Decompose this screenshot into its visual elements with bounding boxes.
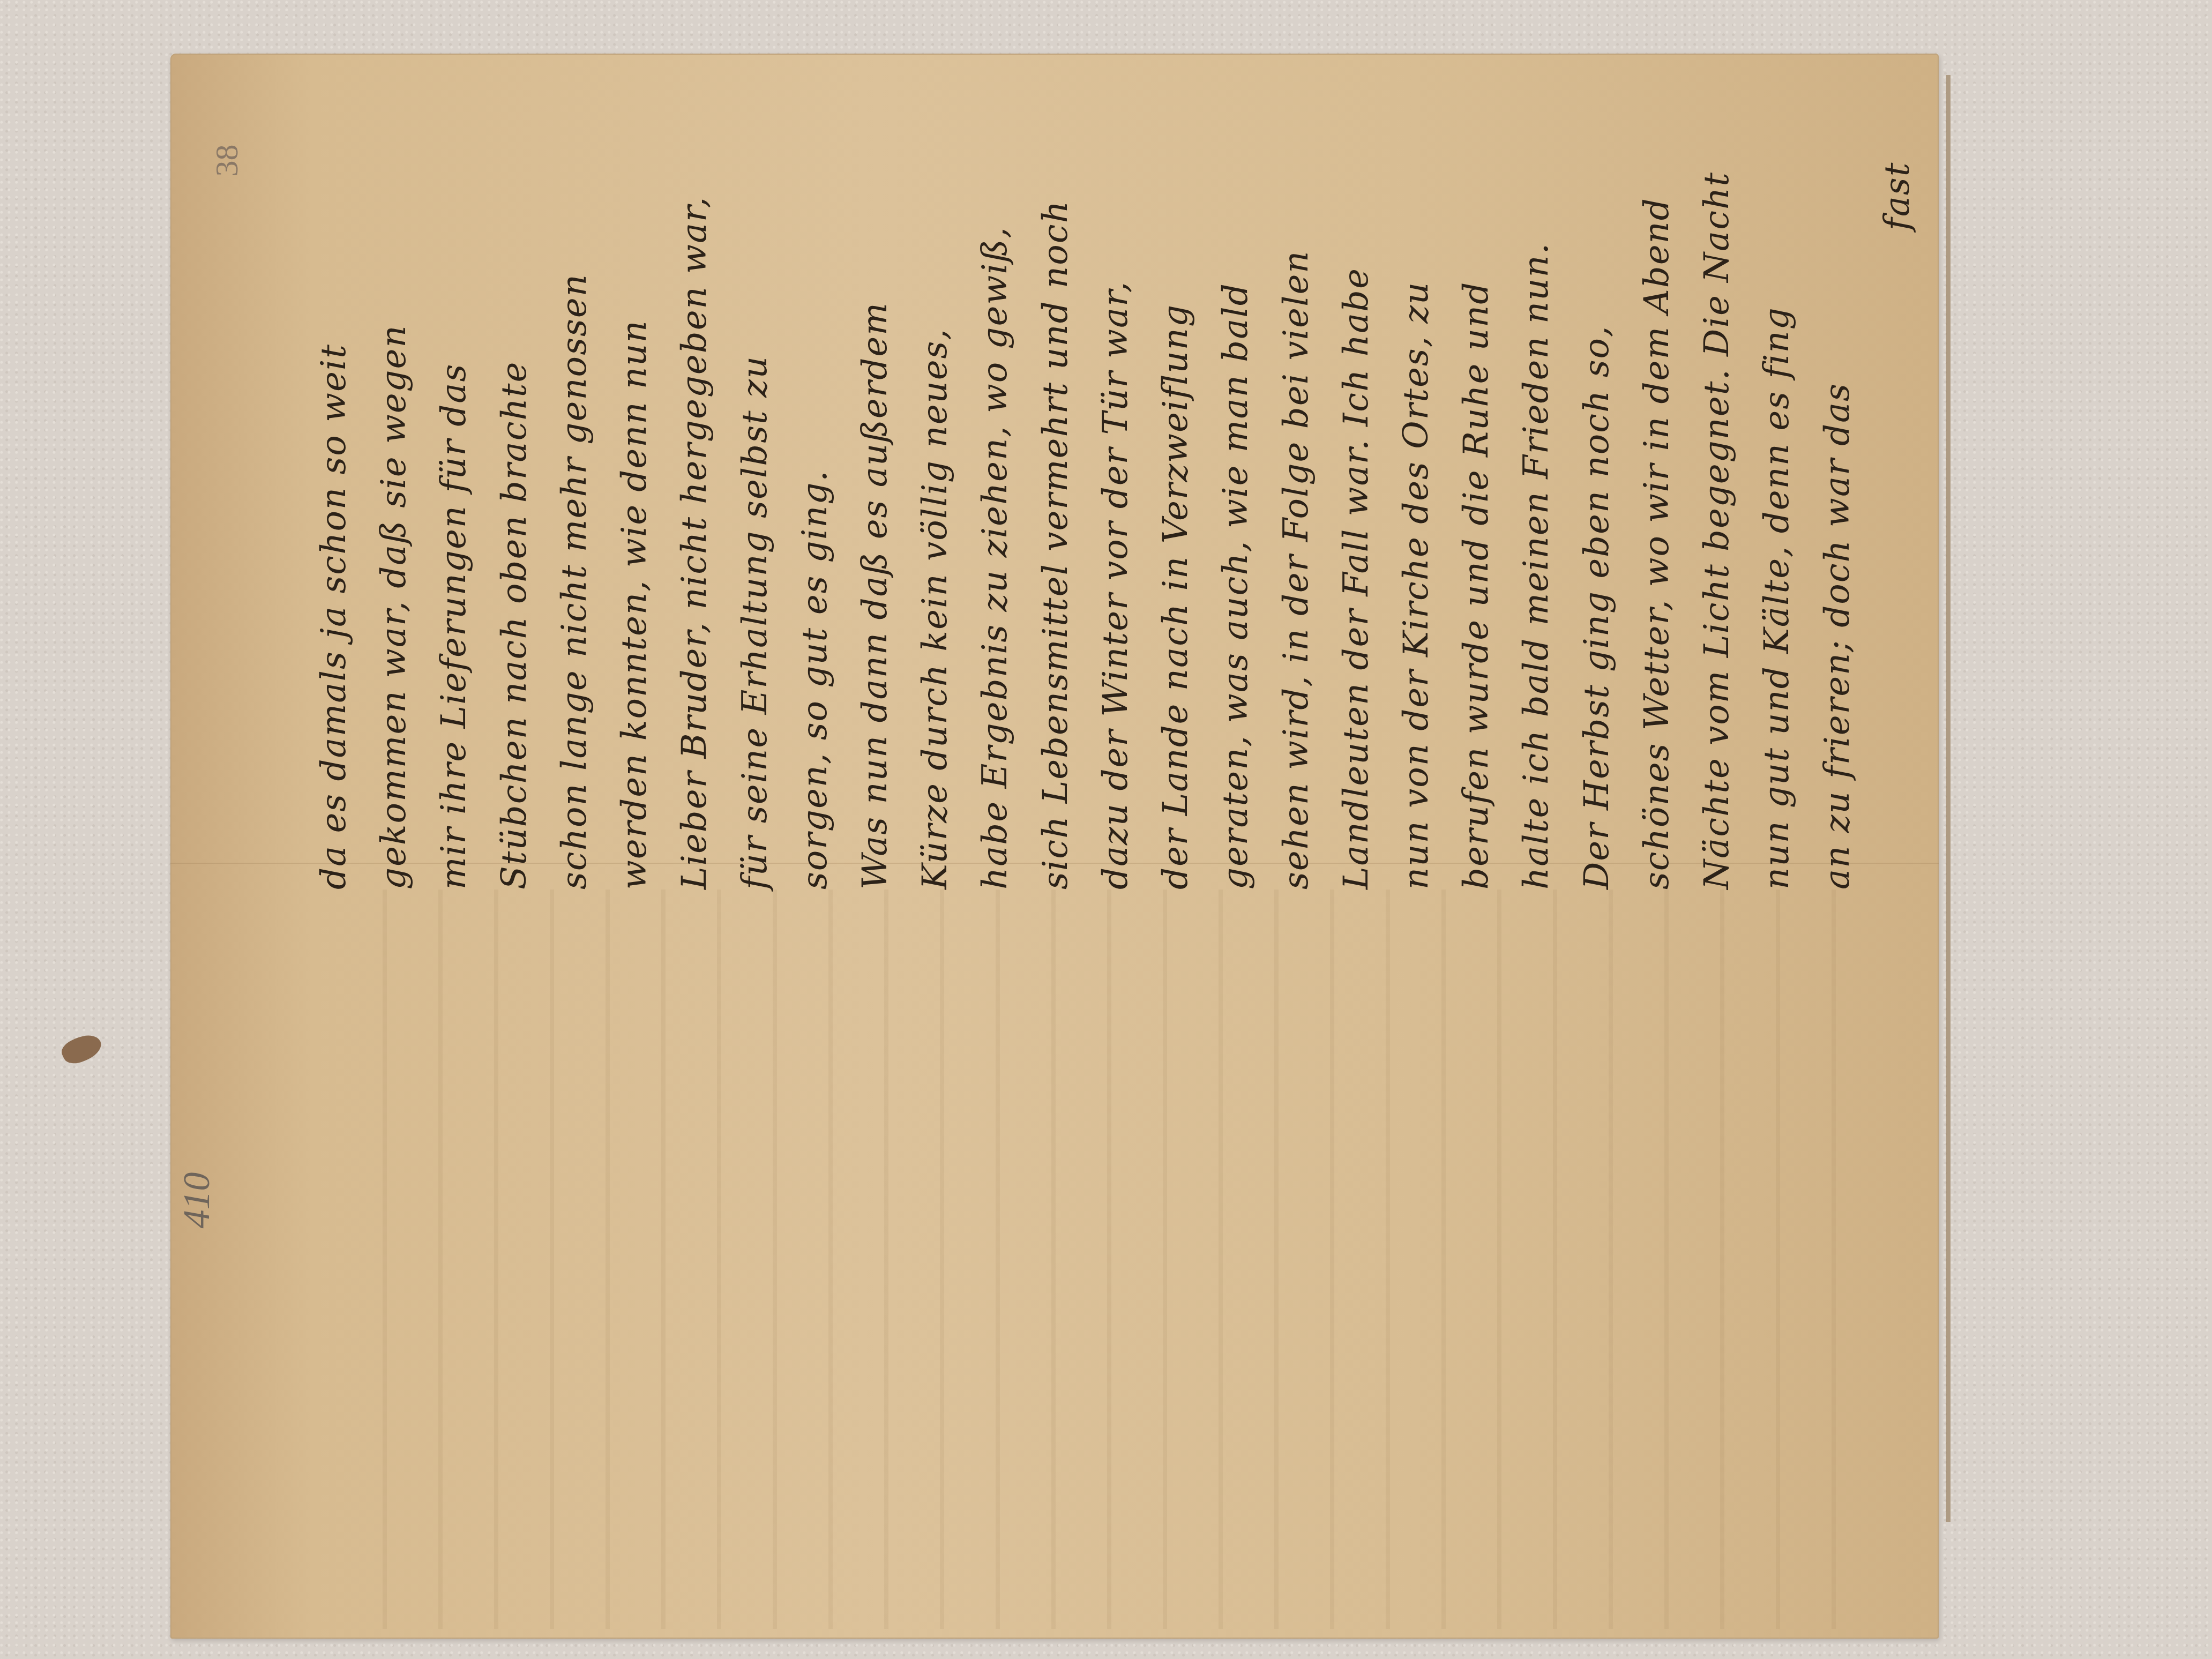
text-line: gekommen war, daß sie wegen (332, 86, 386, 890)
text-line: dazu der Winter vor der Tür war, (1054, 86, 1108, 890)
text-line: fast (1836, 86, 1889, 890)
text-line: berufen wurde und die Ruhe und (1415, 86, 1468, 890)
text-line-content: fast (1878, 91, 1917, 230)
text-line: habe Ergebnis zu ziehen, wo gewiß, (933, 86, 987, 890)
stain (58, 1029, 105, 1068)
text-line: geraten, was auch, wie man bald (1174, 86, 1228, 890)
text-line: der Lande nach in Verzweiflung (1114, 86, 1168, 890)
text-line: schon lange nicht mehr genossen (513, 86, 566, 890)
letter-page: 38 da es damals ja schon so weitgekommen… (170, 54, 1939, 1639)
text-line: Stübchen nach oben brachte (453, 86, 506, 890)
text-line: sorgen, so gut es ging. (753, 86, 807, 890)
page-number: 38 (208, 145, 245, 177)
text-line: nun von der Kirche des Ortes, zu (1355, 86, 1408, 890)
text-line: an zu frieren; doch war das (1776, 86, 1829, 890)
text-line: Was nun dann daß es außerdem (813, 86, 867, 890)
handwritten-text: da es damals ja schon so weitgekommen wa… (272, 86, 1896, 900)
text-line: werden konnten, wie denn nun (573, 86, 626, 890)
text-line: sich Lebensmittel vermehrt und noch (994, 86, 1048, 890)
text-line: nun gut und Kälte, denn es fing (1715, 86, 1769, 890)
text-line: Lieber Bruder, nicht hergegeben war, (633, 86, 686, 890)
text-line: schönes Wetter, wo wir in dem Abend (1595, 86, 1649, 890)
text-line: sehen wird, in der Folge bei vielen (1235, 86, 1288, 890)
text-line: da es damals ja schon so weit (272, 86, 326, 890)
show-through-writing (331, 890, 1885, 1629)
archive-mark: 410 (176, 1172, 219, 1229)
page-edge (1946, 75, 1951, 1522)
text-line: für seine Erhaltung selbst zu (693, 86, 747, 890)
text-line: Nächte vom Licht begegnet. Die Nacht (1655, 86, 1709, 890)
text-line: Kürze durch kein völlig neues, (873, 86, 927, 890)
text-line: halte ich bald meinen Frieden nun. (1475, 86, 1528, 890)
text-line: Der Herbst ging eben noch so, (1535, 86, 1589, 890)
text-line: Landleuten der Fall war. Ich habe (1295, 86, 1348, 890)
text-line: mir ihre Lieferungen für das (392, 86, 446, 890)
